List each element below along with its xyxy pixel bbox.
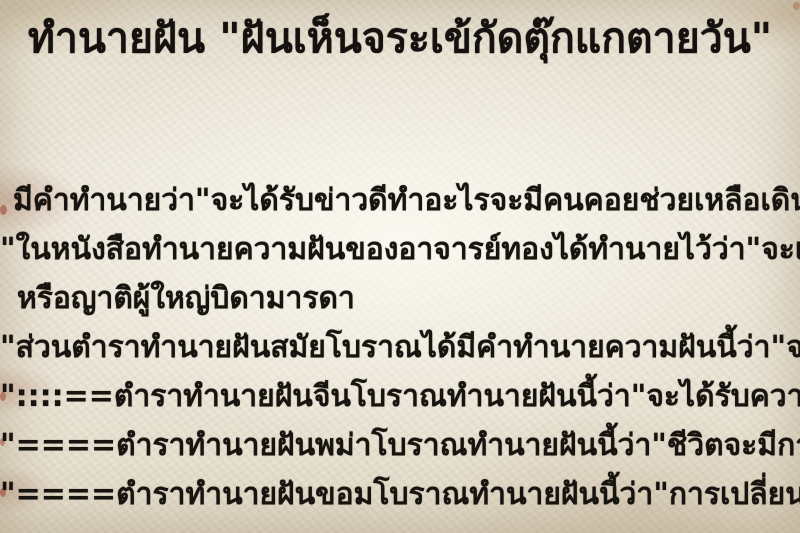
page-title: ทำนายฝัน "ฝันเห็นจระเข้กัดตุ๊กแกตายวัน" xyxy=(0,6,800,71)
paper-document: ทำนายฝัน "ฝันเห็นจระเข้กัดตุ๊กแกตายวัน" … xyxy=(0,0,800,533)
text-line: "====ตำราทำนายฝันพม่าโบราณทำนายฝันนี้ว่า… xyxy=(0,421,800,470)
text-line: "====ตำราทำนายฝันขอมโบราณทำนายฝันนี้ว่า"… xyxy=(0,470,800,519)
text-line: หรือญาติผู้ใหญ่บิดามารดา xyxy=(0,274,800,323)
text-line: มีคำทำนายว่า"จะได้รับข่าวดีทำอะไรจะมีคนค… xyxy=(0,176,800,225)
text-line: "ส่วนตำราทำนายฝันสมัยโบราณได้มีคำทำนายคว… xyxy=(0,323,800,372)
text-line: "::::==ตำราทำนายฝันจีนโบราณทำนายฝันนี้ว่… xyxy=(0,372,800,421)
text-line: "ในหนังสือทำนายความฝันของอาจารย์ทองได้ทำ… xyxy=(0,225,800,274)
body-text-block: มีคำทำนายว่า"จะได้รับข่าวดีทำอะไรจะมีคนค… xyxy=(0,176,800,519)
